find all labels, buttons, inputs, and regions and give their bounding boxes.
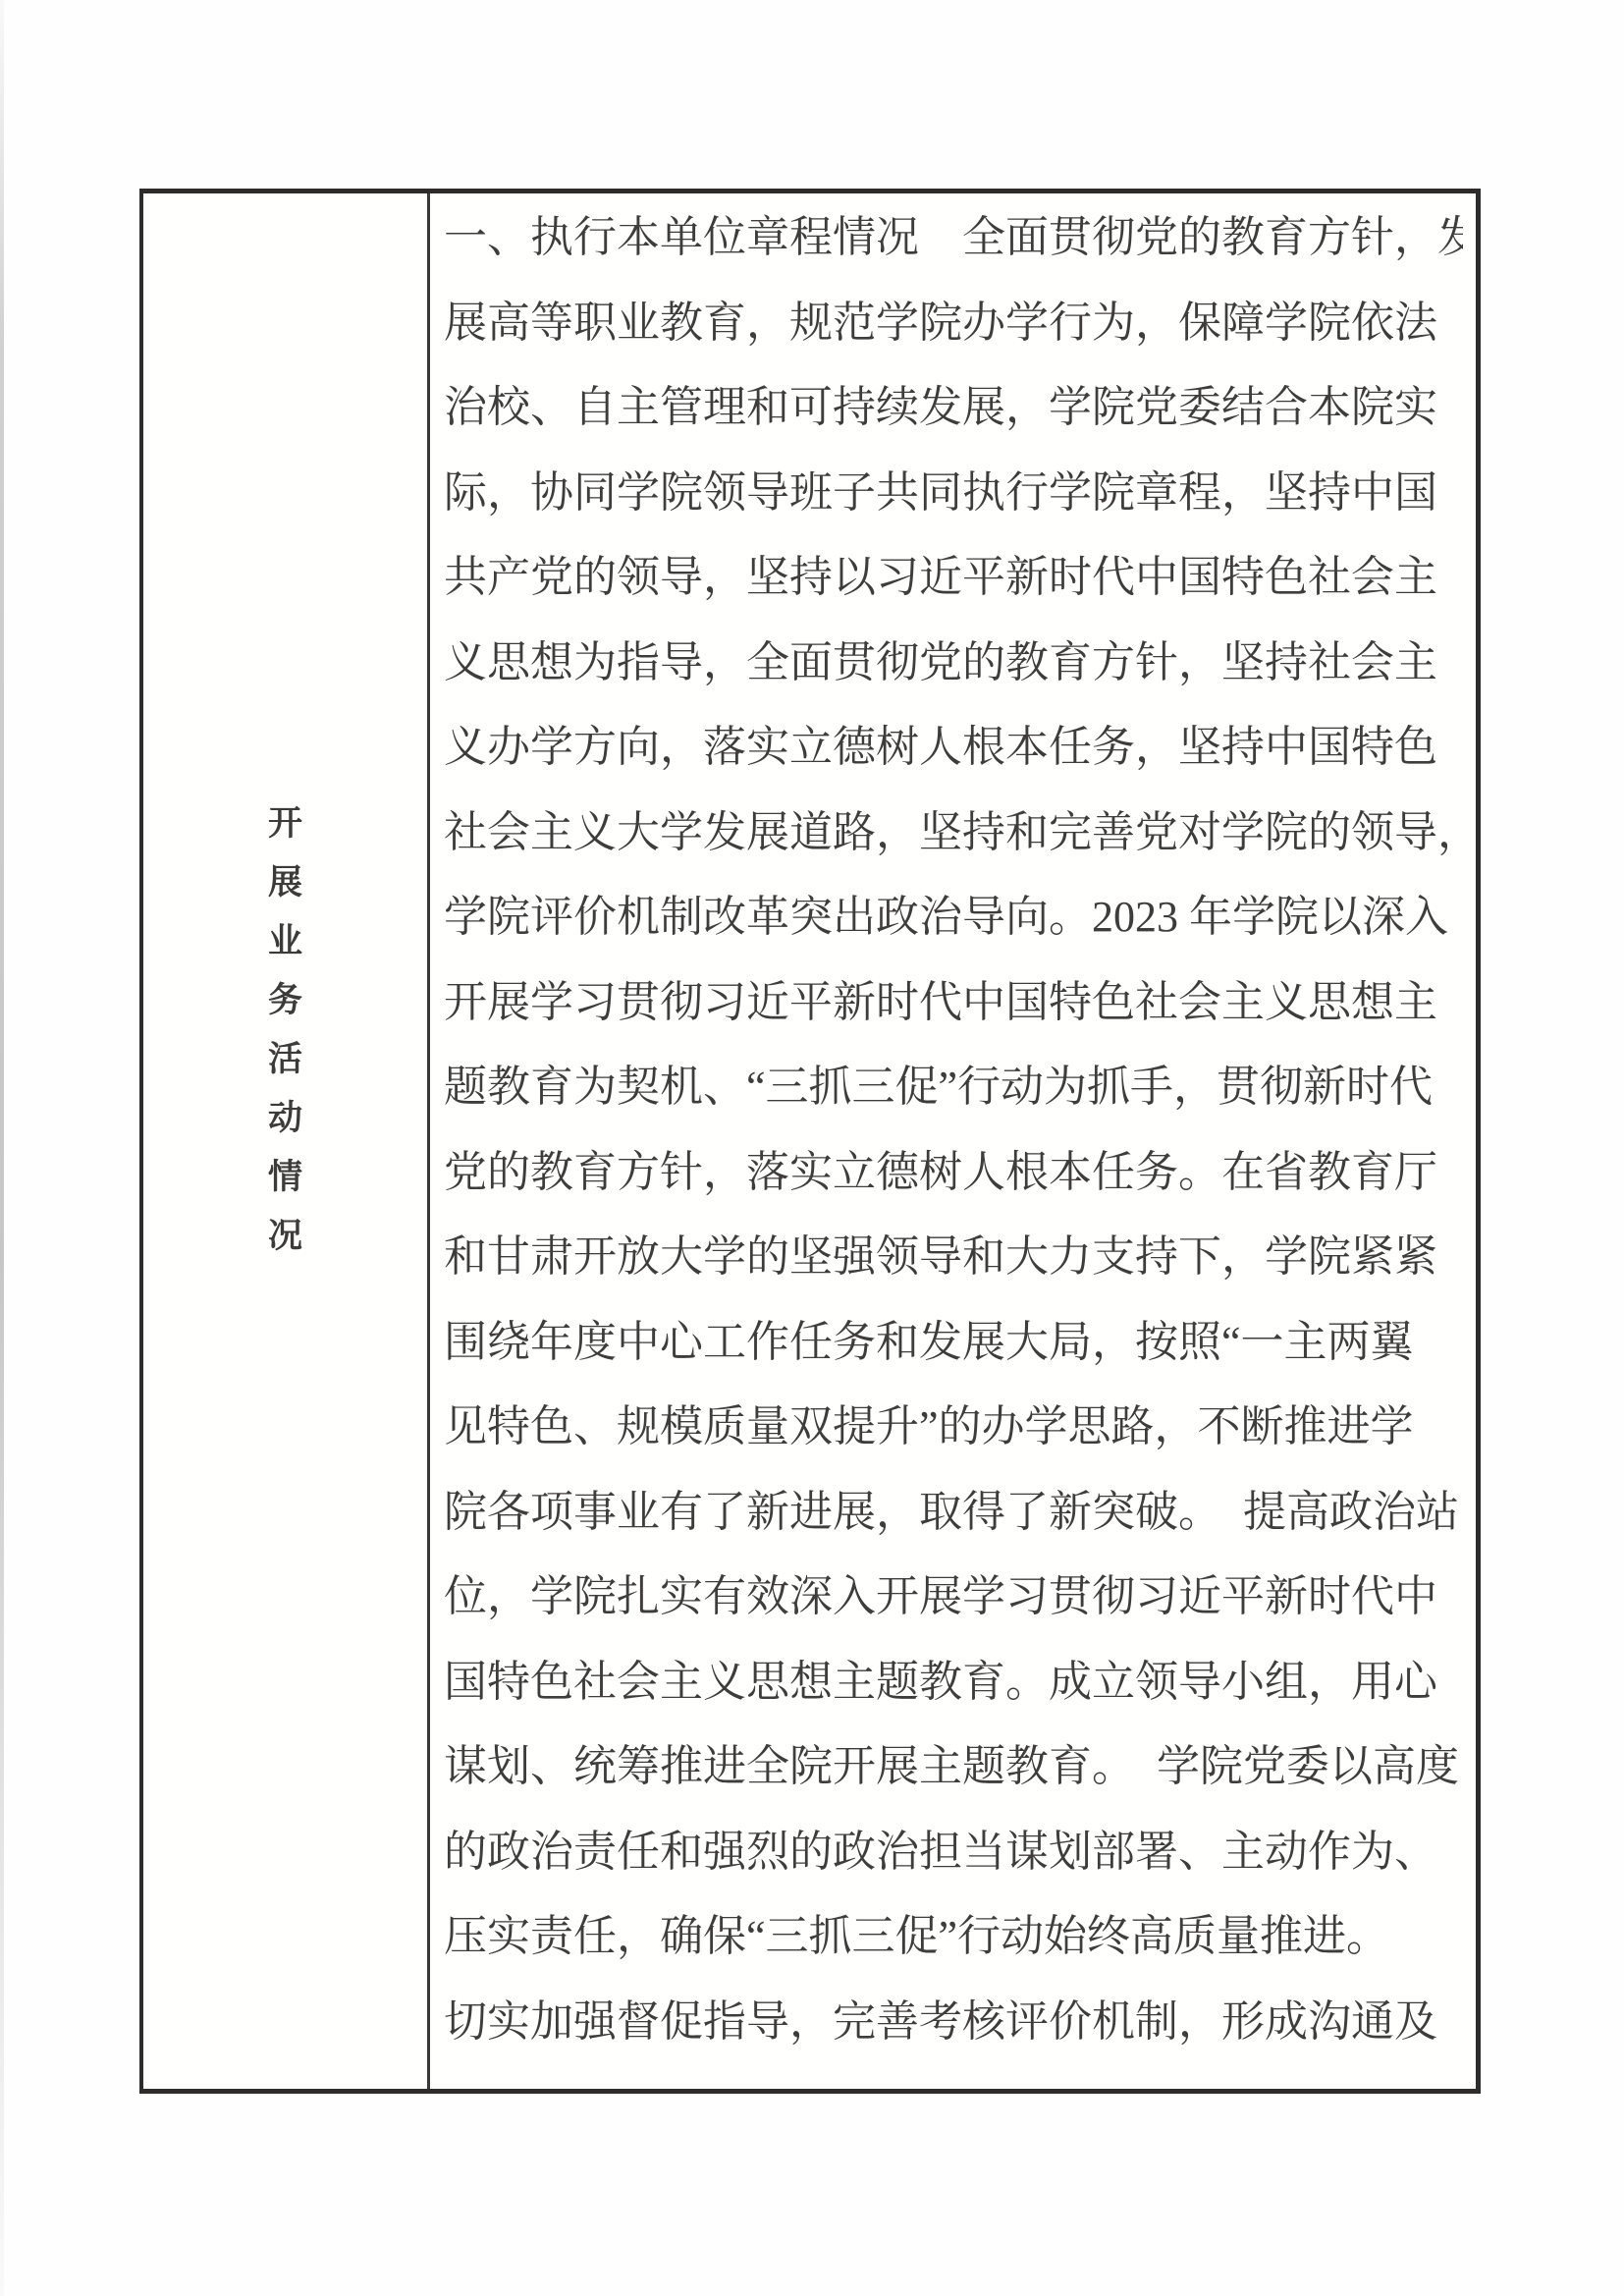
- content-text-line: 治校、自主管理和可持续发展，学院党委结合本院实: [444, 365, 1463, 451]
- content-text-line: 和甘肃开放大学的坚强领导和大力支持下，学院紧紧: [444, 1215, 1463, 1300]
- content-text-line: 开展学习贯彻习近平新时代中国特色社会主义思想主: [444, 960, 1463, 1046]
- content-text-line: 党的教育方针，落实立德树人根本任务。在省教育厅: [444, 1130, 1463, 1216]
- content-text-line: 见特色、规模质量双提升”的办学思路，不断推进学: [444, 1385, 1463, 1470]
- section-content-cell: 一、执行本单位章程情况 全面贯彻党的教育方针，发 展高等职业教育，规范学院办学行…: [430, 193, 1476, 2089]
- content-text-line: 谋划、统筹推进全院开展主题教育。 学院党委以高度: [444, 1724, 1463, 1810]
- content-text-line: 围绕年度中心工作任务和发展大局，按照“一主两翼: [444, 1300, 1463, 1386]
- section-label-cell: 开 展 业 务 活 动 情 况: [143, 193, 430, 2089]
- content-text-line: 一、执行本单位章程情况 全面贯彻党的教育方针，发: [444, 195, 1463, 281]
- scan-edge-artifact: [0, 0, 4, 2296]
- content-text-line: 共产党的领导，坚持以习近平新时代中国特色社会主: [444, 535, 1463, 621]
- content-text-line: 义思想为指导，全面贯彻党的教育方针，坚持社会主: [444, 621, 1463, 706]
- content-text-line: 的政治责任和强烈的政治担当谋划部署、主动作为、: [444, 1810, 1463, 1895]
- content-text-line: 切实加强督促指导，完善考核评价机制，形成沟通及: [444, 1980, 1463, 2065]
- report-table: 开 展 业 务 活 动 情 况 一、执行本单位章程情况 全面贯彻党的教育方针，发…: [139, 189, 1481, 2094]
- content-text-line: 际，协同学院领导班子共同执行学院章程，坚持中国: [444, 451, 1463, 536]
- content-text-line: 学院评价机制改革突出政治导向。2023 年学院以深入: [444, 875, 1463, 960]
- vertical-label-char: 况: [143, 1207, 427, 1266]
- scanned-document-page: 开 展 业 务 活 动 情 况 一、执行本单位章程情况 全面贯彻党的教育方针，发…: [0, 0, 1624, 2296]
- content-text-line: 展高等职业教育，规范学院办学行为，保障学院依法: [444, 281, 1463, 366]
- vertical-label-char: 情: [143, 1148, 427, 1207]
- content-text-line: 题教育为契机、“三抓三促”行动为抓手，贯彻新时代: [444, 1045, 1463, 1130]
- vertical-label-char: 开: [143, 794, 427, 853]
- vertical-label-char: 业: [143, 912, 427, 971]
- content-text-line: 义办学方向，落实立德树人根本任务，坚持中国特色: [444, 705, 1463, 791]
- vertical-label-char: 动: [143, 1089, 427, 1148]
- section-label-vertical: 开 展 业 务 活 动 情 况: [143, 794, 427, 1266]
- content-text-line: 位，学院扎实有效深入开展学习贯彻习近平新时代中: [444, 1555, 1463, 1640]
- content-text-line: 社会主义大学发展道路，坚持和完善党对学院的领导，: [444, 791, 1463, 876]
- vertical-label-char: 务: [143, 971, 427, 1030]
- vertical-label-char: 展: [143, 853, 427, 912]
- content-text-line: 国特色社会主义思想主题教育。成立领导小组，用心: [444, 1640, 1463, 1725]
- content-text-line: 压实责任，确保“三抓三促”行动始终高质量推进。: [444, 1894, 1463, 1980]
- content-text-line: 院各项事业有了新进展，取得了新突破。 提高政治站: [444, 1470, 1463, 1556]
- vertical-label-char: 活: [143, 1030, 427, 1089]
